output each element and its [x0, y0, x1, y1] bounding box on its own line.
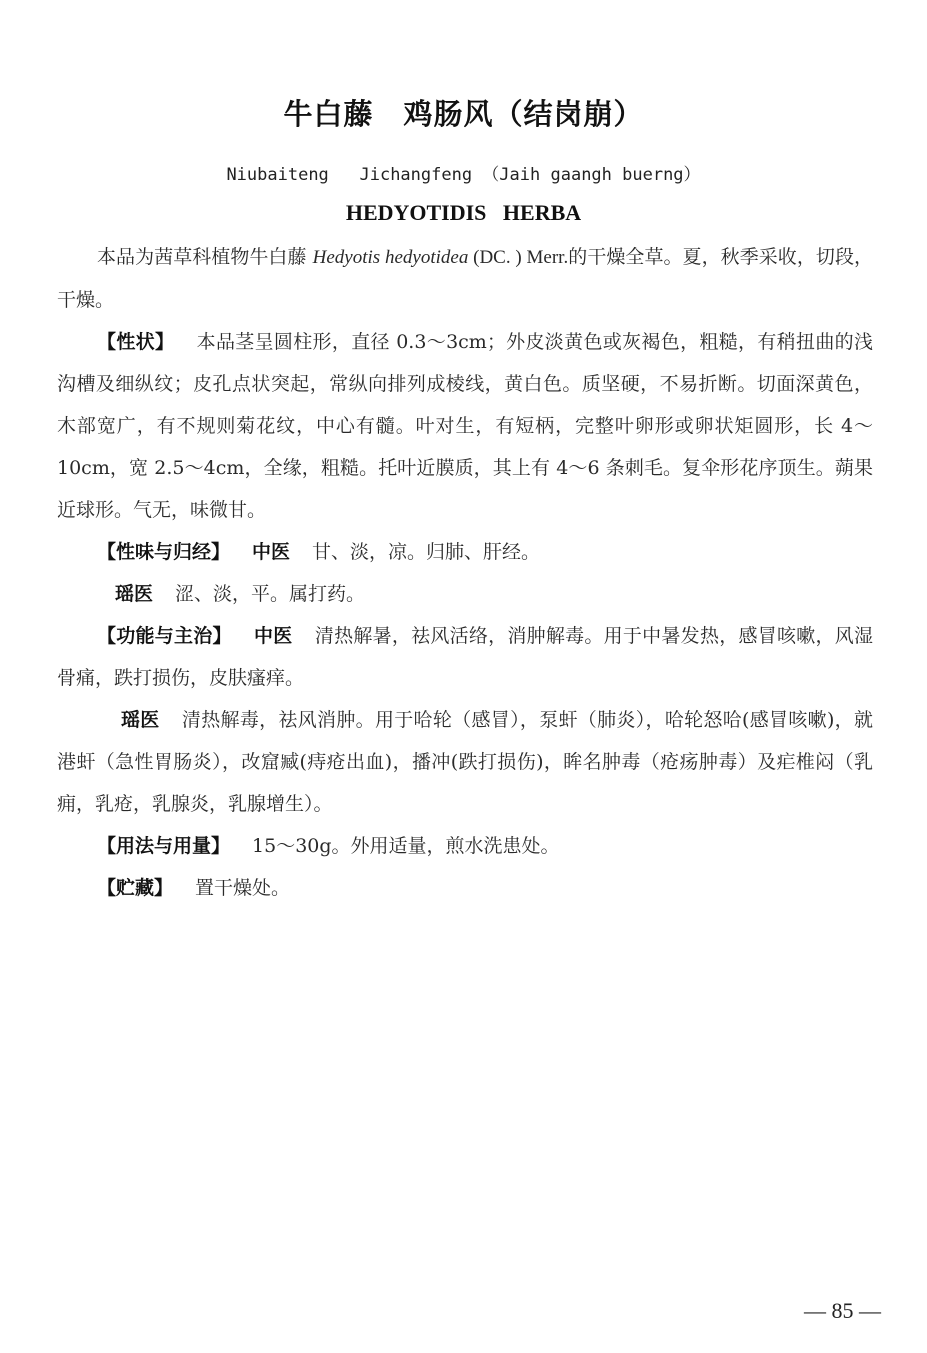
usage-heading: 【用法与用量】	[97, 835, 230, 857]
functions-yao-label: 瑶医	[121, 709, 160, 731]
storage-section: 【贮藏】置干燥处。	[57, 867, 873, 909]
nature-meridian-heading: 【性味与归经】	[97, 541, 230, 563]
tcm-label: 中医	[252, 541, 290, 563]
monograph-body: 本品为茜草科植物牛白藤 Hedyotis hedyotidea (DC. ) M…	[57, 236, 873, 909]
description-section: 【性状】本品茎呈圆柱形，直径 0.3～3cm；外皮淡黄色或灰褐色，粗糙，有稍扭曲…	[57, 321, 873, 531]
page-number: — 85 —	[804, 1298, 881, 1324]
intro-text-before: 本品为茜草科植物牛白藤	[97, 246, 313, 268]
species-name: Hedyotis hedyotidea	[313, 247, 469, 268]
species-authority: (DC. ) Merr.	[468, 247, 568, 268]
usage-text: 15～30g。外用适量，煎水洗患处。	[252, 835, 560, 857]
description-heading: 【性状】	[97, 331, 174, 353]
page-title: 牛白藤 鸡肠风（结岗崩）	[0, 92, 927, 133]
yao-label: 瑶医	[115, 583, 153, 605]
functions-tcm: 【功能与主治】中医清热解暑，祛风活络，消肿解毒。用于中暑发热，感冒咳嗽，风湿骨痛…	[57, 615, 873, 699]
intro-paragraph: 本品为茜草科植物牛白藤 Hedyotis hedyotidea (DC. ) M…	[57, 236, 873, 321]
nature-meridian-tcm: 【性味与归经】中医甘、淡，凉。归肺、肝经。	[57, 531, 873, 573]
document-page: 牛白藤 鸡肠风（结岗崩） Niubaiteng Jichangfeng （Jai…	[0, 0, 927, 1353]
functions-heading: 【功能与主治】	[97, 625, 232, 647]
storage-heading: 【贮藏】	[97, 877, 173, 899]
latin-name: HEDYOTIDIS HERBA	[0, 200, 927, 226]
nature-meridian-yao: 瑶医涩、淡，平。属打药。	[57, 573, 873, 615]
pinyin-names: Niubaiteng Jichangfeng （Jaih gaangh buer…	[0, 160, 927, 185]
nature-yao-text: 涩、淡，平。属打药。	[175, 583, 365, 605]
functions-yao: 瑶医清热解毒，祛风消肿。用于哈轮（感冒），泵虷（肺炎），哈轮怒哈(感冒咳嗽)，就…	[57, 699, 873, 825]
functions-yao-text: 清热解毒，祛风消肿。用于哈轮（感冒），泵虷（肺炎），哈轮怒哈(感冒咳嗽)，就港虷…	[57, 709, 873, 815]
description-text: 本品茎呈圆柱形，直径 0.3～3cm；外皮淡黄色或灰褐色，粗糙，有稍扭曲的浅沟槽…	[57, 331, 873, 521]
storage-text: 置干燥处。	[195, 877, 290, 899]
nature-tcm-text: 甘、淡，凉。归肺、肝经。	[312, 541, 540, 563]
functions-tcm-label: 中医	[254, 625, 293, 647]
usage-section: 【用法与用量】15～30g。外用适量，煎水洗患处。	[57, 825, 873, 867]
